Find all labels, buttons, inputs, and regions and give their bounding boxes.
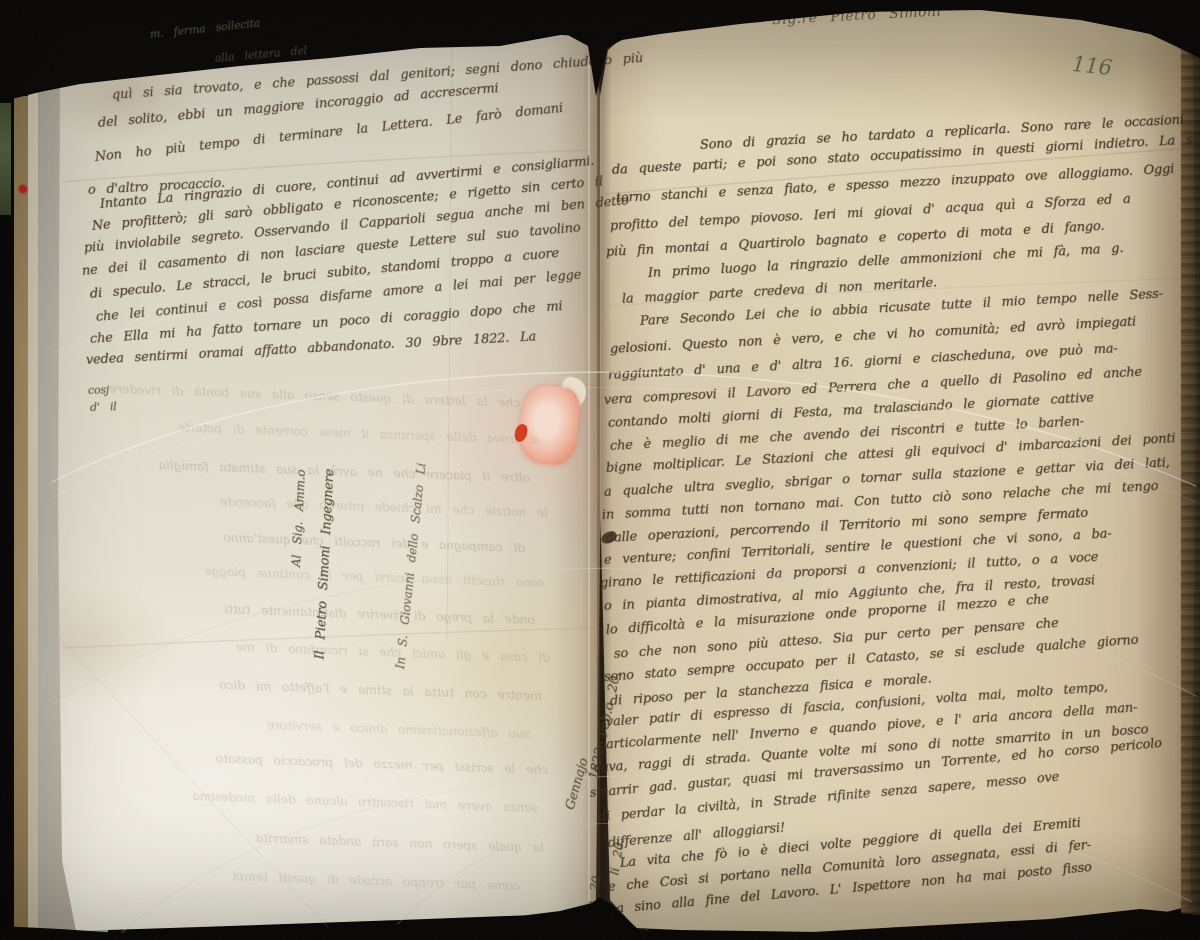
right-page-edge-stack [1181, 28, 1200, 918]
binding-glint [596, 20, 600, 25]
binding-crease-line [597, 36, 600, 932]
page-number: 116 [1071, 52, 1113, 80]
manuscript-photo: che la lettera di questo senso alla sua … [0, 0, 1200, 940]
edge-ghost-line: m. ferma sollecita [149, 16, 260, 40]
page-edge-tan-strip [14, 96, 29, 940]
binding-highlight [588, 60, 590, 910]
red-mark-dot [19, 185, 27, 193]
page-edge-green [0, 103, 11, 215]
